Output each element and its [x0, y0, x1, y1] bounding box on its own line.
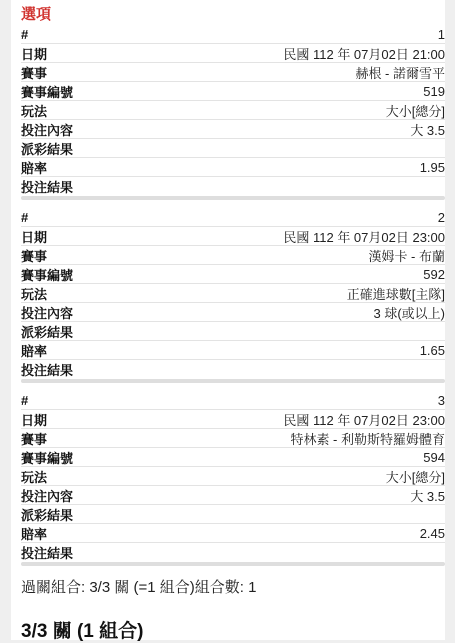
parlay-summary: 過關組合: 3/3 關 (=1 組合)組合數: 1 [21, 576, 256, 597]
label: # [21, 210, 28, 225]
label: # [21, 27, 28, 42]
row-selection: 投注內容大 3.5 [21, 120, 445, 139]
row-selection: 投注內容大 3.5 [21, 486, 445, 505]
row-index: #1 [21, 25, 445, 44]
value: 特林素 - 利勒斯特羅姆體育 [290, 429, 445, 448]
value: 592 [423, 267, 445, 282]
label: 派彩結果 [21, 505, 73, 524]
combo-title: 3/3 關 (1 組合) [21, 616, 143, 640]
label: 日期 [21, 227, 47, 246]
row-payout-result: 派彩結果 [21, 322, 445, 341]
value: 2.45 [420, 526, 445, 541]
label: 投注結果 [21, 543, 73, 562]
row-match-no: 賽事編號594 [21, 448, 445, 467]
row-date: 日期民國 112 年 07月02日 23:00 [21, 410, 445, 429]
bet-detail-panel: 選項 #1 日期民國 112 年 07月02日 21:00 賽事赫根 - 諾爾雪… [11, 0, 445, 640]
label: 玩法 [21, 467, 47, 486]
value: 漢姆卡 - 布蘭 [368, 246, 445, 265]
label: 日期 [21, 44, 47, 63]
value: 民國 112 年 07月02日 23:00 [283, 410, 445, 429]
label: 賽事 [21, 63, 47, 82]
label: 投注內容 [21, 303, 73, 322]
value: 大小[總分] [386, 101, 445, 120]
label: 日期 [21, 410, 47, 429]
value: 赫根 - 諾爾雪平 [355, 63, 445, 82]
row-index: #2 [21, 208, 445, 227]
row-bet-result: 投注結果 [21, 177, 445, 195]
value: 大 3.5 [410, 486, 445, 505]
row-match-no: 賽事編號519 [21, 82, 445, 101]
row-date: 日期民國 112 年 07月02日 23:00 [21, 227, 445, 246]
row-bet-type: 玩法正確進球數[主隊] [21, 284, 445, 303]
value: 民國 112 年 07月02日 23:00 [283, 227, 445, 246]
row-bet-result: 投注結果 [21, 543, 445, 561]
label: 派彩結果 [21, 322, 73, 341]
value: 594 [423, 450, 445, 465]
value: 3 [438, 393, 445, 408]
row-match: 賽事漢姆卡 - 布蘭 [21, 246, 445, 265]
section-title: 選項 [21, 3, 51, 24]
row-selection: 投注內容3 球(或以上) [21, 303, 445, 322]
row-match-no: 賽事編號592 [21, 265, 445, 284]
value: 正確進球數[主隊] [347, 284, 445, 303]
divider [21, 196, 445, 200]
value: 519 [423, 84, 445, 99]
value: 1.65 [420, 343, 445, 358]
value: 民國 112 年 07月02日 21:00 [283, 44, 445, 63]
row-payout-result: 派彩結果 [21, 505, 445, 524]
divider [21, 562, 445, 566]
row-odds: 賠率2.45 [21, 524, 445, 543]
value: 1 [438, 27, 445, 42]
label: 賽事編號 [21, 265, 73, 284]
label: 賽事 [21, 246, 47, 265]
value: 3 球(或以上) [373, 303, 445, 322]
label: 賠率 [21, 158, 47, 177]
value: 1.95 [420, 160, 445, 175]
label: 投注內容 [21, 120, 73, 139]
row-match: 賽事特林素 - 利勒斯特羅姆體育 [21, 429, 445, 448]
label: 賠率 [21, 341, 47, 360]
row-date: 日期民國 112 年 07月02日 21:00 [21, 44, 445, 63]
row-bet-type: 玩法大小[總分] [21, 467, 445, 486]
label: 投注結果 [21, 177, 73, 196]
label: 投注結果 [21, 360, 73, 379]
label: 賽事編號 [21, 82, 73, 101]
label: 賽事編號 [21, 448, 73, 467]
value: 2 [438, 210, 445, 225]
label: 玩法 [21, 101, 47, 120]
row-bet-type: 玩法大小[總分] [21, 101, 445, 120]
bet-block-1: #1 日期民國 112 年 07月02日 21:00 賽事赫根 - 諾爾雪平 賽… [21, 25, 445, 200]
row-odds: 賠率1.65 [21, 341, 445, 360]
divider [21, 379, 445, 383]
bet-block-2: #2 日期民國 112 年 07月02日 23:00 賽事漢姆卡 - 布蘭 賽事… [21, 208, 445, 383]
value: 大 3.5 [410, 120, 445, 139]
row-bet-result: 投注結果 [21, 360, 445, 378]
label: 賠率 [21, 524, 47, 543]
row-index: #3 [21, 391, 445, 410]
label: 投注內容 [21, 486, 73, 505]
label: 賽事 [21, 429, 47, 448]
row-match: 賽事赫根 - 諾爾雪平 [21, 63, 445, 82]
label: 派彩結果 [21, 139, 73, 158]
label: # [21, 393, 28, 408]
row-payout-result: 派彩結果 [21, 139, 445, 158]
label: 玩法 [21, 284, 47, 303]
value: 大小[總分] [386, 467, 445, 486]
row-odds: 賠率1.95 [21, 158, 445, 177]
bet-block-3: #3 日期民國 112 年 07月02日 23:00 賽事特林素 - 利勒斯特羅… [21, 391, 445, 566]
